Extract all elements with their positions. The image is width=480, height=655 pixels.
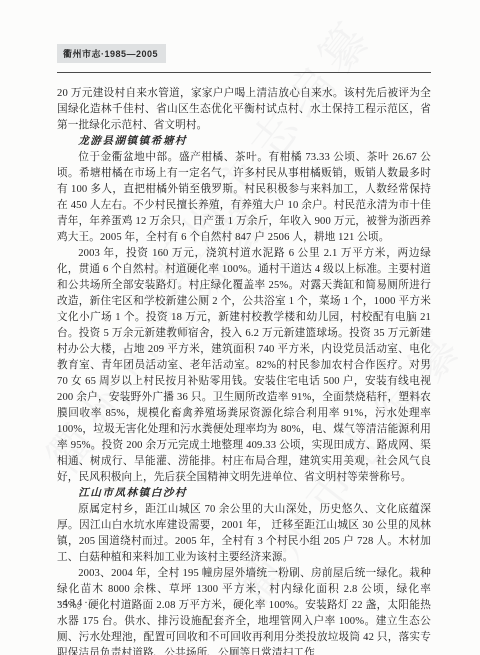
paragraph-xitang-overview: 位于金衢盆地中部。盛产柑橘、茶叶。有柑橘 73.33 公顷、茶叶 26.67 公… bbox=[57, 150, 431, 246]
paragraph-baisha-overview: 原属定村乡，距江山城区 70 余公里的大山深处，历史悠久、文化底蕴深厚。因江山白… bbox=[57, 502, 431, 566]
paragraph-baisha-construction: 2003、2004 年，全村 195 幢房屋外墙统一粉刷、房前屋后统一绿化。栽种… bbox=[57, 566, 431, 655]
running-head-title: 衢州市志·1985—2005 bbox=[57, 44, 166, 63]
body-text: 20 万元建设村自来水管道，家家户户喝上清洁放心自来水。该村先后被评为全国绿化造… bbox=[57, 86, 431, 655]
page-number: ·434· bbox=[57, 598, 90, 609]
page-content: 衢州市志·1985—2005 20 万元建设村自来水管道，家家户户喝上清洁放心自… bbox=[57, 44, 431, 655]
section-heading-baisha-village: 江山市凤林镇白沙村 bbox=[57, 486, 431, 502]
paragraph-continuation: 20 万元建设村自来水管道，家家户户喝上清洁放心自来水。该村先后被评为全国绿化造… bbox=[57, 86, 431, 134]
book-page: 衢州市志编纂 衢州市志编纂 衢州市志编纂 衢州市志·1985—2005 20 万… bbox=[0, 0, 480, 655]
page-header: 衢州市志·1985—2005 bbox=[57, 44, 431, 73]
paragraph-xitang-construction: 2003 年，投资 160 万元，浇筑村道水泥路 6 公里 2.1 万平方米，两… bbox=[57, 246, 431, 486]
section-heading-xitang-village: 龙游县湖镇镇希塘村 bbox=[57, 134, 431, 150]
